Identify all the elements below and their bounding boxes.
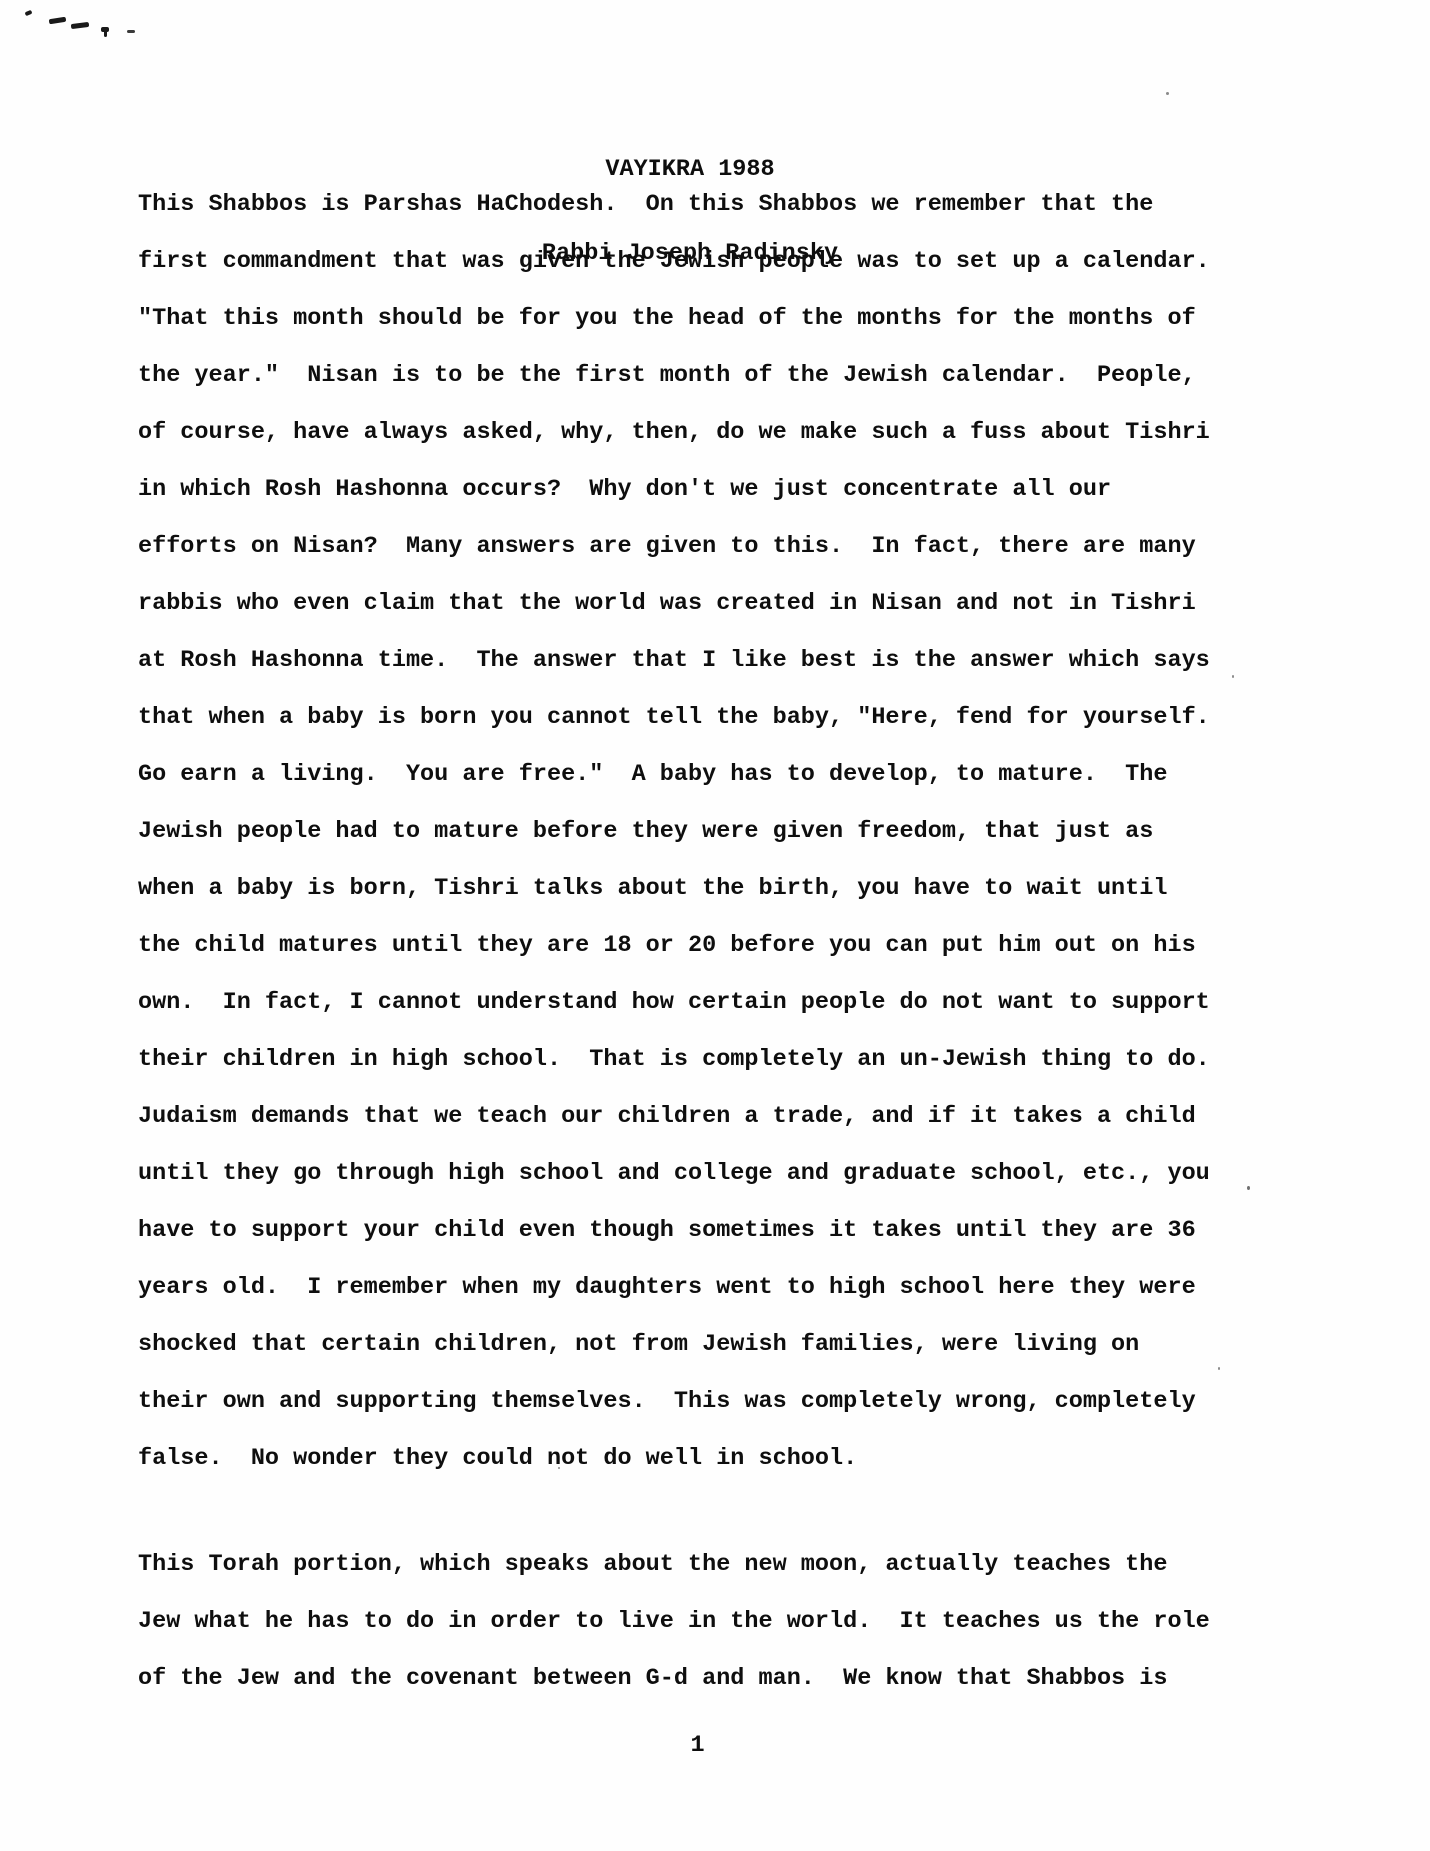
pen-mark xyxy=(24,10,32,17)
body-paragraph-1: This Shabbos is Parshas HaChodesh. On th… xyxy=(138,176,1210,1487)
scan-speck xyxy=(1166,92,1169,95)
scan-speck xyxy=(1218,1367,1220,1370)
page-number: 1 xyxy=(135,1732,1260,1760)
body-paragraph-2: This Torah portion, which speaks about t… xyxy=(138,1536,1210,1707)
scan-speck xyxy=(1232,675,1234,678)
document-page: VAYIKRA 1988 Rabbi Joseph Radinsky This … xyxy=(0,0,1430,1851)
scan-speck xyxy=(558,1467,560,1469)
pen-mark xyxy=(104,30,107,37)
scan-speck xyxy=(1247,1186,1250,1190)
pen-mark xyxy=(71,22,89,29)
pen-mark xyxy=(49,17,67,25)
pen-mark xyxy=(127,30,135,33)
